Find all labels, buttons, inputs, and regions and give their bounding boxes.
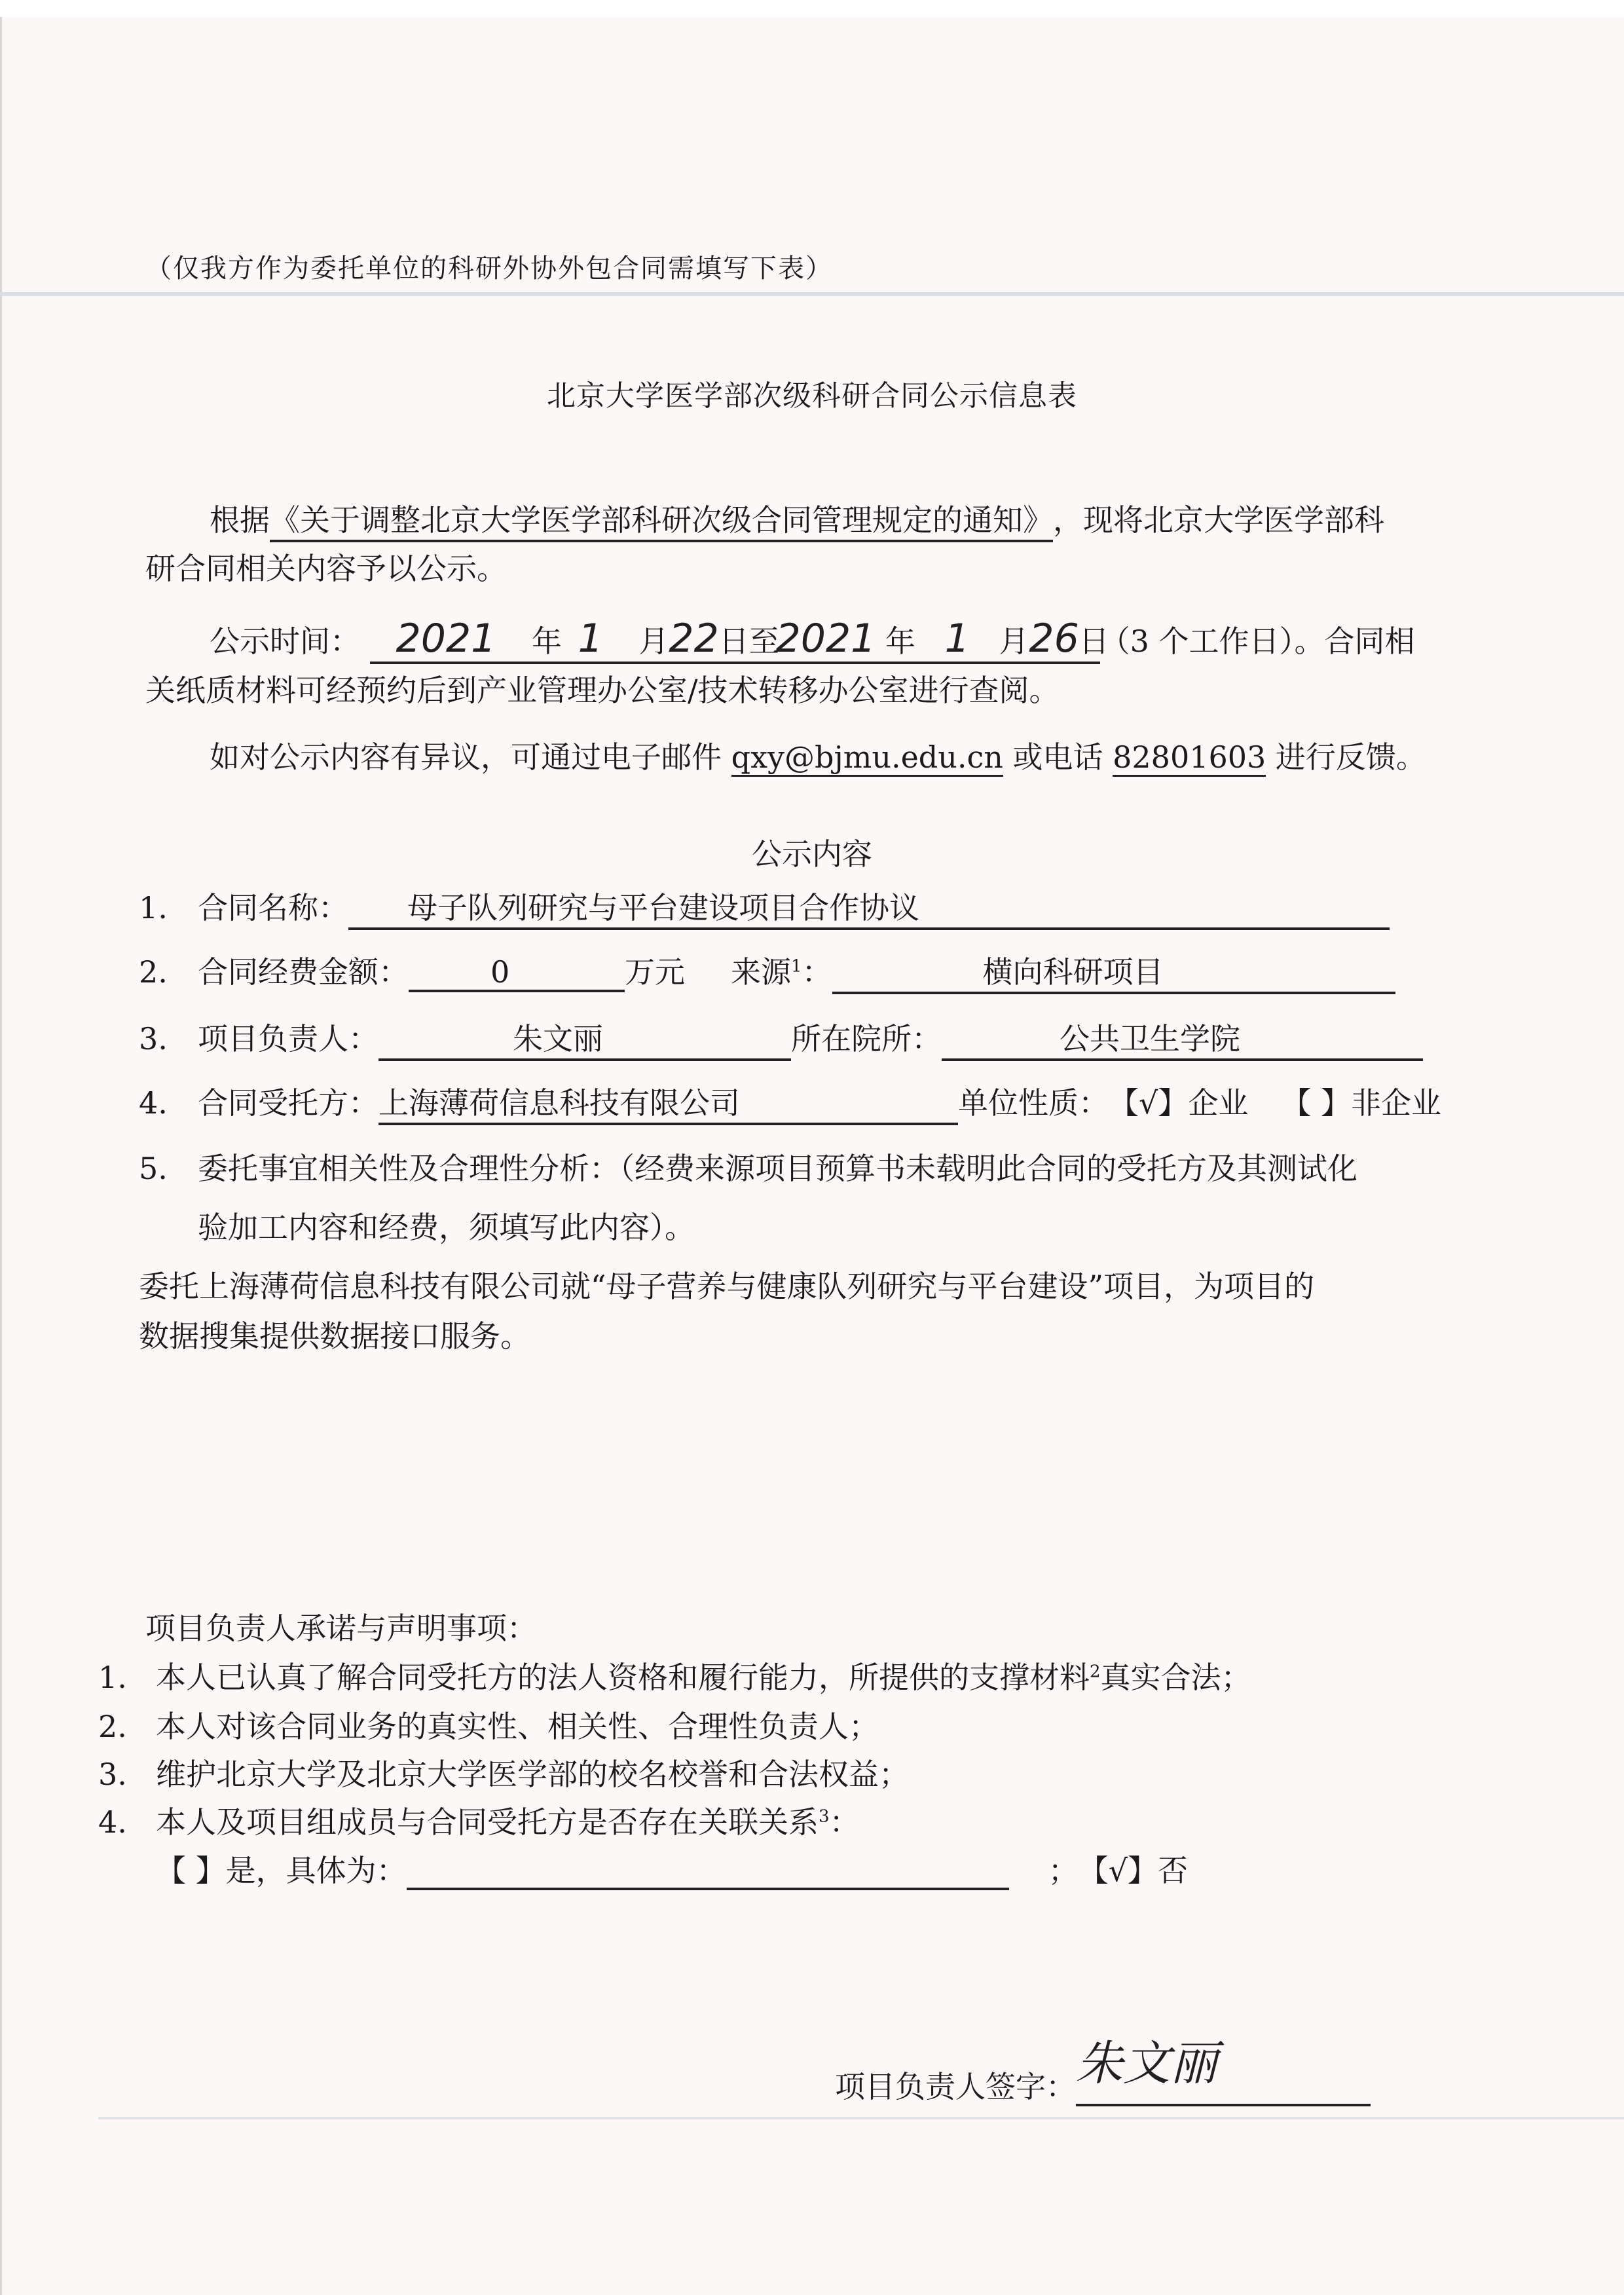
enterprise-checkbox[interactable]: 【√】 [1109,1079,1188,1123]
regulation-link[interactable]: 《关于调整北京大学医学部科研次级合同管理规定的通知》 [270,496,1053,542]
period-end-field[interactable]: 2021 年 1 月26日 [756,616,1100,664]
signature-field[interactable]: 朱文丽 [1076,2071,1371,2106]
top-divider [0,292,1624,296]
relation-no-checkbox[interactable]: 【√】 [1079,1847,1158,1890]
end-month: 1 [945,616,970,662]
feedback-phone[interactable]: 82801603 [1113,739,1266,777]
commitment-item: 4.本人及项目组成员与合同受托方是否存在关联关系3： [98,1799,860,1842]
relation-detail-field[interactable] [407,1855,1009,1890]
signature-row: 项目负责人签字：朱文丽 [835,2063,1371,2106]
signature-label: 项目负责人签字： [835,2069,1076,2104]
item-contractor: 4.合同受托方：上海薄荷信息科技有限公司单位性质：【√】企业【 】非企业 [139,1079,1441,1125]
handwritten-signature: 朱文丽 [1076,2025,1217,2093]
item-analysis: 5.委托事宜相关性及合理性分析：（经费来源项目预算书未载明此合同的受托方及其测试… [139,1145,1357,1188]
intro-suffix: ，现将北京大学医学部科 [1053,502,1384,538]
intro-line-2: 研合同相关内容予以公示。 [145,545,507,588]
period-start-field[interactable]: 2021 年 1 月22日至 [370,616,756,664]
department-field[interactable]: 公共卫生学院 [942,1015,1423,1061]
start-month: 1 [578,616,603,662]
contract-name-field[interactable]: 母子队列研究与平台建设项目合作协议 [348,884,1390,930]
bottom-divider [98,2117,1624,2119]
commitment-item: 3.维护北京大学及北京大学医学部的校名校誉和合法权益； [98,1751,909,1794]
end-day: 26 [1029,616,1079,662]
page-title: 北京大学医学部次级科研合同公示信息表 [0,372,1624,414]
analysis-value-line-1[interactable]: 委托上海薄荷信息科技有限公司就“母子营养与健康队列研究与平台建设”项目，为项目的 [139,1263,1314,1306]
relation-row: 【 】是，具体为：；【√】否 [156,1847,1188,1890]
analysis-value-line-2[interactable]: 数据搜集提供数据接口服务。 [139,1313,530,1356]
item-contract-name: 1.合同名称：母子队列研究与平台建设项目合作协议 [139,884,1390,930]
publicity-line-2: 关纸质材料可经预约后到产业管理办公室/技术转移办公室进行查阅。 [145,667,1060,710]
amount-field[interactable]: 0 [409,954,625,992]
leader-field[interactable]: 朱文丽 [378,1015,791,1061]
funding-source-field[interactable]: 横向科研项目 [832,948,1395,994]
start-day: 22 [669,616,718,662]
feedback-paragraph: 如对公示内容有异议，可通过电子邮件 qxy@bjmu.edu.cn 或电话 82… [210,734,1426,777]
period-suffix: （3 个工作日）。合同相 [1100,624,1415,659]
item-amount: 2.合同经费金额：0万元来源1：横向科研项目 [139,948,1395,994]
instruction-note: （仅我方作为委托单位的科研外协外包合同需填写下表） [145,248,833,285]
scan-top-margin [0,0,1624,17]
non-enterprise-checkbox[interactable]: 【 】 [1281,1079,1351,1123]
item-leader: 3.项目负责人：朱文丽所在院所：公共卫生学院 [139,1015,1423,1061]
commitment-item: 1.本人已认真了解合同受托方的法人资格和履行能力，所提供的支撑材料2真实合法； [98,1654,1251,1697]
intro-prefix: 根据 [210,502,270,538]
commitments-heading: 项目负责人承诺与声明事项： [145,1605,537,1648]
relation-yes-checkbox[interactable]: 【 】 [156,1847,226,1890]
intro-paragraph: 根据《关于调整北京大学医学部科研次级合同管理规定的通知》，现将北京大学医学部科 [210,496,1384,542]
scan-left-edge [0,17,2,2295]
start-year: 2021 [396,616,496,662]
feedback-email-link[interactable]: qxy@bjmu.edu.cn [731,739,1003,777]
publicity-period-row: 公示时间： 2021 年 1 月22日至 2021 年 1 月26日 （3 个工… [210,616,1415,664]
contractor-field[interactable]: 上海薄荷信息科技有限公司 [378,1079,958,1125]
publicity-label: 公示时间： [210,624,360,659]
end-year: 2021 [776,616,876,662]
commitment-item: 2.本人对该合同业务的真实性、相关性、合理性负责人； [98,1703,879,1746]
content-heading: 公示内容 [0,830,1624,874]
analysis-label-line-2: 验加工内容和经费，须填写此内容）。 [198,1204,695,1247]
